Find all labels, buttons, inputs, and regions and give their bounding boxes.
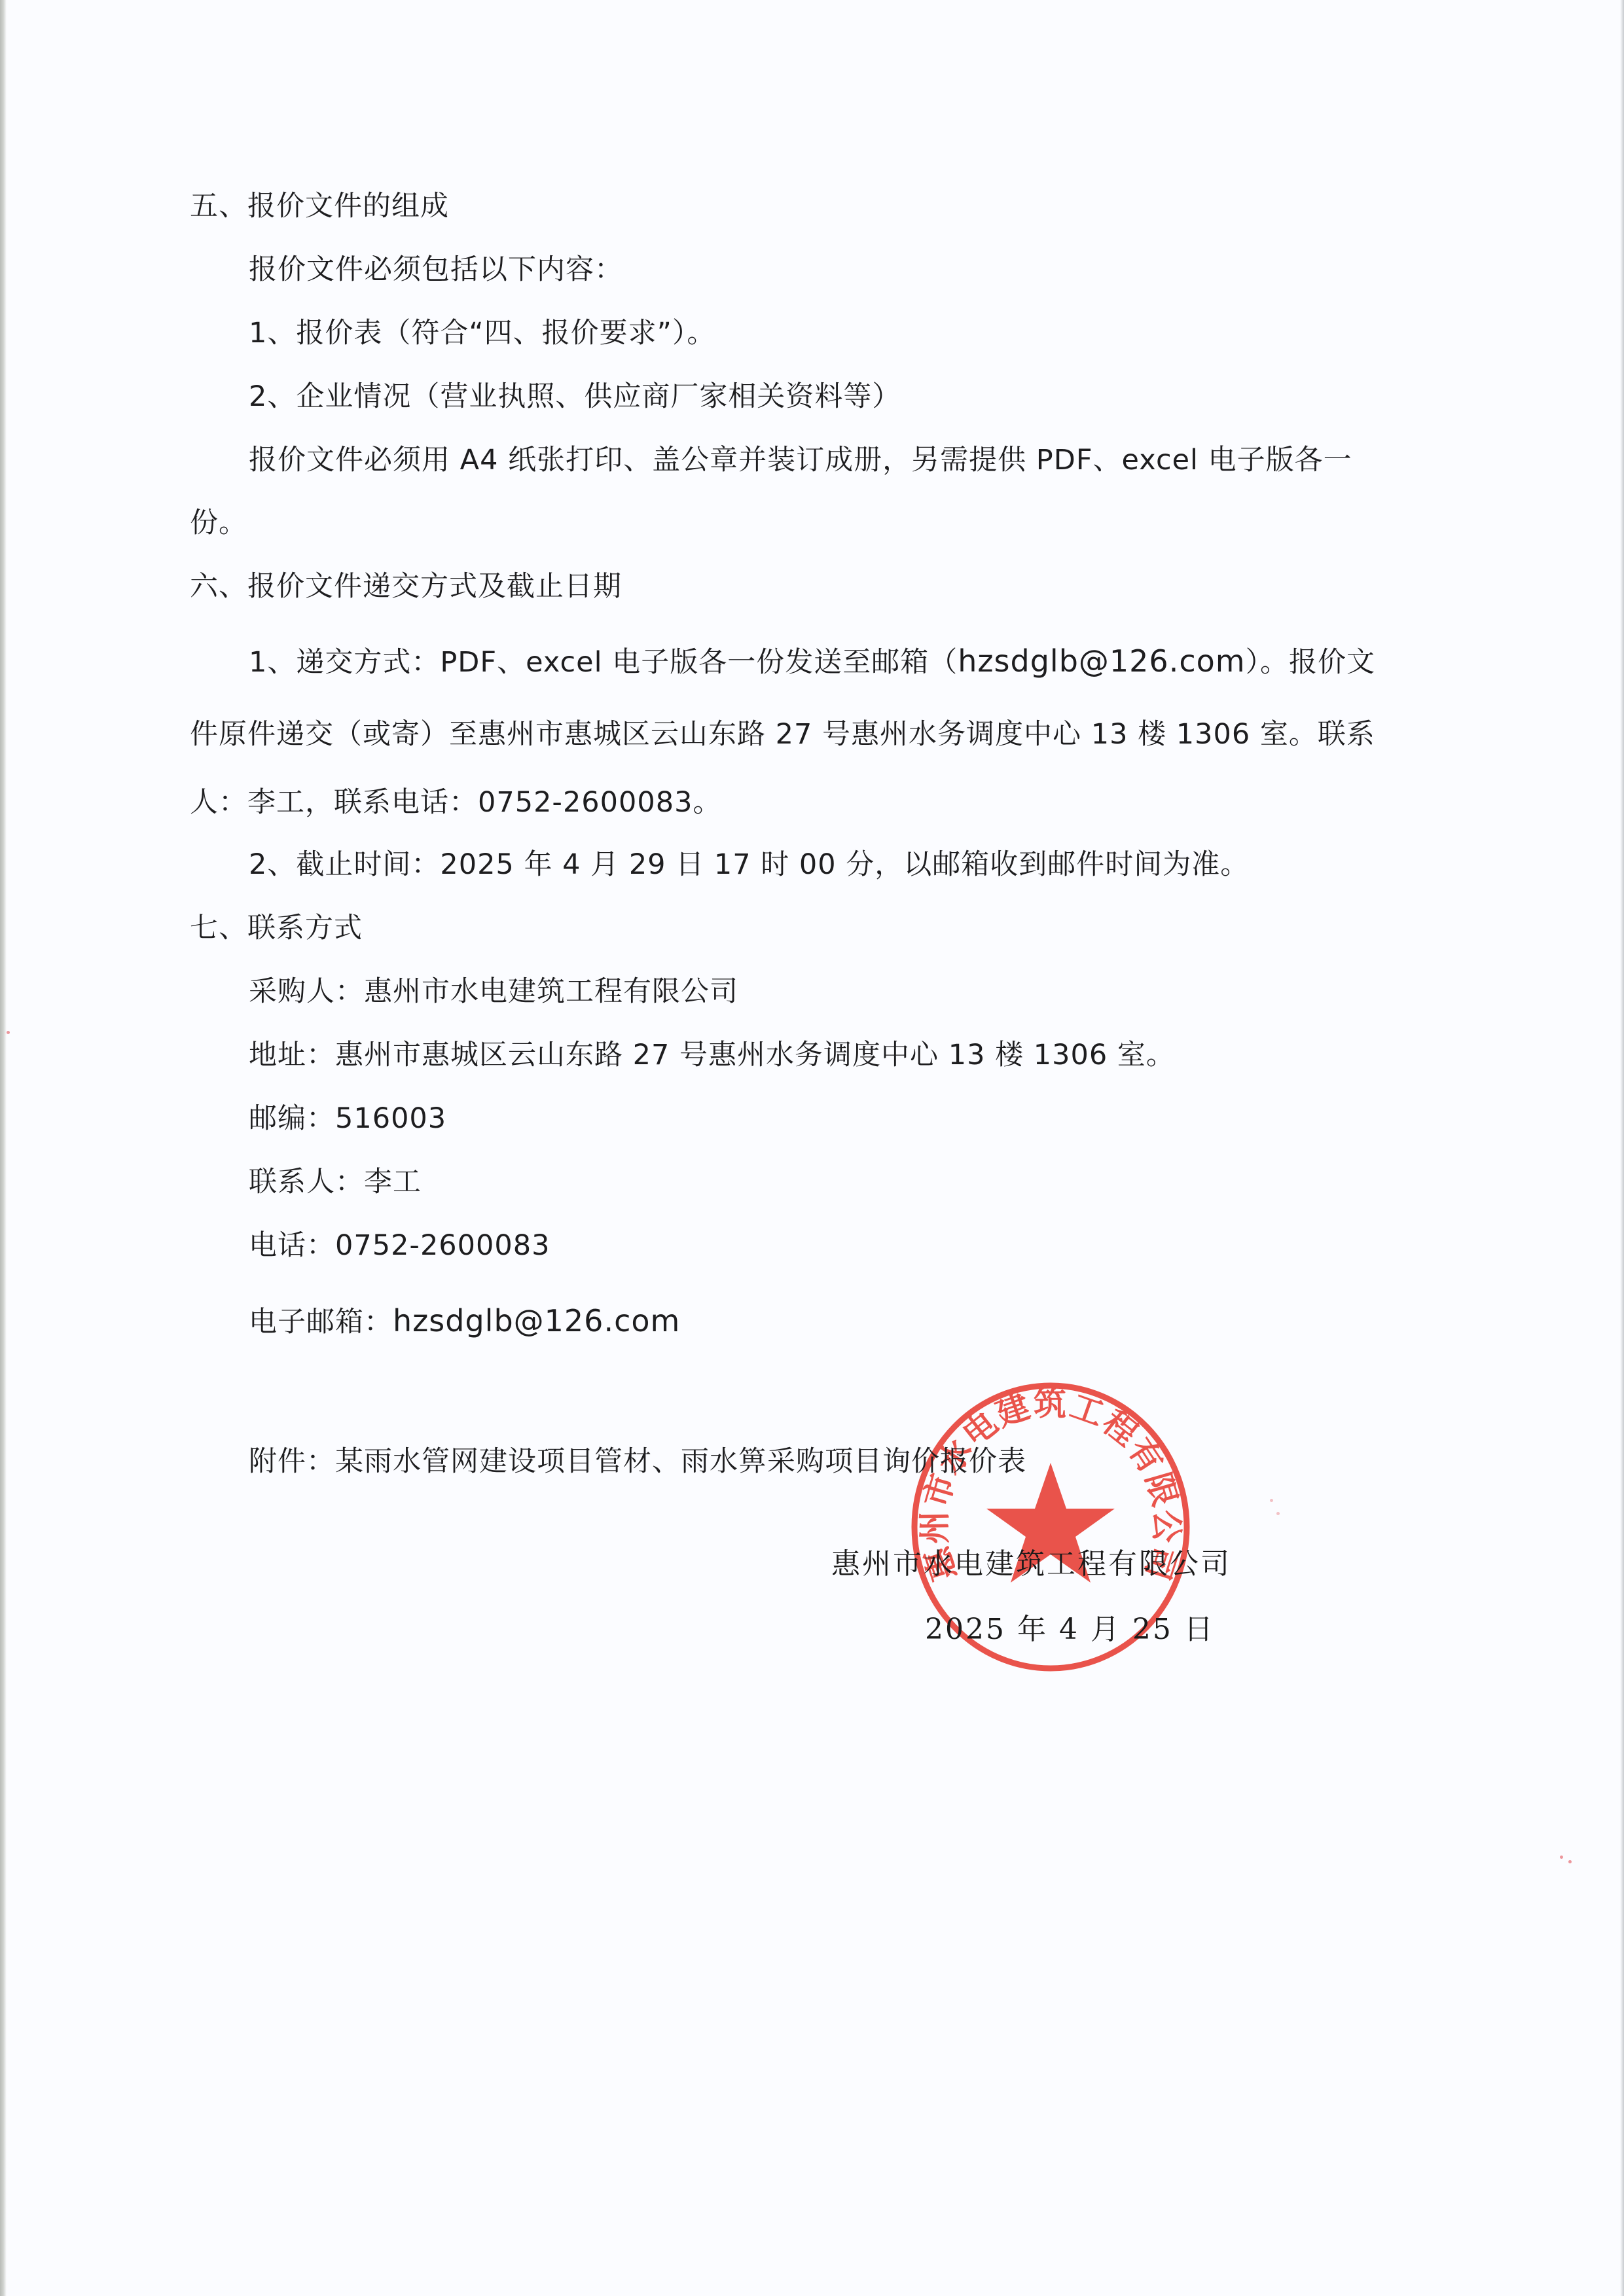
- section-six-heading: 六、报价文件递交方式及截止日期: [190, 568, 622, 605]
- submission-method-suffix: ）。报价文: [1246, 646, 1376, 679]
- section-five-heading: 五、报价文件的组成: [190, 188, 449, 224]
- contact-email-row: 电子邮箱：hzsdglb@126.com: [249, 1302, 680, 1340]
- contact-phone: 电话：0752-2600083: [249, 1227, 550, 1264]
- section-five-note-line-2: 份。: [190, 505, 247, 541]
- scan-speck: [1270, 1499, 1273, 1502]
- contact-person: 联系人：李工: [249, 1164, 422, 1200]
- scan-speck: [1568, 1860, 1572, 1863]
- contact-email-label: 电子邮箱：: [249, 1306, 393, 1338]
- section-six-item-1-line-3: 人：李工，联系电话：0752-2600083。: [190, 784, 721, 821]
- contact-postcode: 邮编：516003: [249, 1100, 446, 1137]
- submission-method-text: 1、递交方式：PDF、excel 电子版各一份发送至邮箱（: [249, 646, 958, 679]
- section-six-item-1-line-2: 件原件递交（或寄）至惠州市惠城区云山东路 27 号惠州水务调度中心 13 楼 1…: [190, 716, 1375, 753]
- section-five-item-1: 1、报价表（符合“四、报价要求”）。: [249, 315, 715, 351]
- scan-edge-left: [0, 0, 7, 2296]
- signature-company: 惠州市水电建筑工程有限公司: [831, 1546, 1231, 1583]
- contact-email-link[interactable]: hzsdglb@126.com: [393, 1303, 680, 1338]
- contact-address: 地址：惠州市惠城区云山东路 27 号惠州水务调度中心 13 楼 1306 室。: [249, 1037, 1175, 1073]
- contact-purchaser: 采购人：惠州市水电建筑工程有限公司: [249, 973, 738, 1010]
- scan-speck: [1276, 1512, 1280, 1515]
- section-five-item-2: 2、企业情况（营业执照、供应商厂家相关资料等）: [249, 378, 901, 415]
- section-six-item-1-line-1: 1、递交方式：PDF、excel 电子版各一份发送至邮箱（hzsdglb@126…: [249, 643, 1375, 681]
- section-five-intro: 报价文件必须包括以下内容：: [249, 251, 623, 288]
- scan-speck: [7, 1031, 10, 1034]
- section-six-deadline: 2、截止时间：2025 年 4 月 29 日 17 时 00 分，以邮箱收到邮件…: [249, 846, 1249, 883]
- scan-edge-right: [1620, 0, 1624, 2296]
- signature-date: 2025 年 4 月 25 日: [925, 1611, 1215, 1648]
- document-page: 五、报价文件的组成 报价文件必须包括以下内容： 1、报价表（符合“四、报价要求”…: [0, 0, 1624, 2296]
- attachment-note: 附件：某雨水管网建设项目管材、雨水箅采购项目询价报价表: [249, 1443, 1026, 1480]
- section-five-note-line-1: 报价文件必须用 A4 纸张打印、盖公章并装订成册，另需提供 PDF、excel …: [249, 442, 1352, 478]
- scan-speck: [1560, 1856, 1563, 1859]
- section-seven-heading: 七、联系方式: [190, 910, 363, 946]
- submission-email-link[interactable]: hzsdglb@126.com: [958, 643, 1245, 679]
